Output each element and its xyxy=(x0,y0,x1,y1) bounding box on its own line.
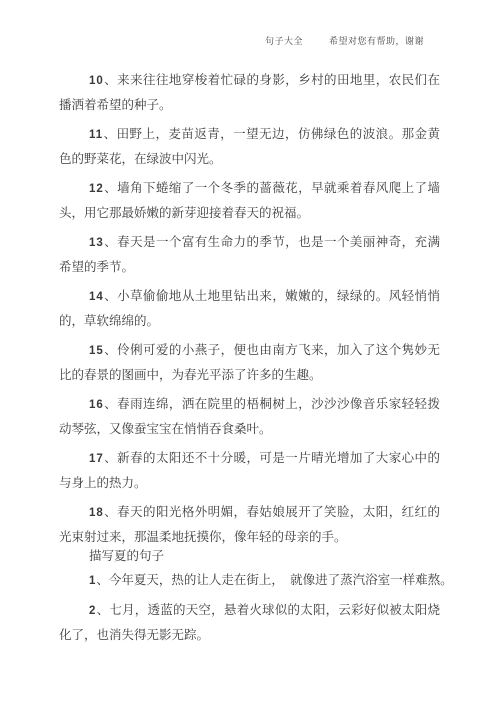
item-number: 16 xyxy=(89,399,104,411)
item-number: 12 xyxy=(89,183,104,195)
item-number-separator: 、 xyxy=(104,289,117,303)
item-number-separator: 、 xyxy=(104,397,117,411)
item-number: 11 xyxy=(89,129,103,141)
item-text: 小草偷偷地从土地里钻出来，嫩嫩的，绿绿的。风轻悄悄的，草软绵绵的。 xyxy=(59,289,440,328)
item-text: 春天是一个富有生命力的季节，也是一个美丽神奇，充满希望的季节。 xyxy=(59,235,440,274)
sentence-item: 18、春天的阳光格外明媚，春姑娘展开了笑脸，太阳，红红的光束射过来，那温柔地抚摸… xyxy=(59,500,440,549)
sentence-item: 2、七月，透蓝的天空，悬着火球似的太阳，云彩好似被太阳烧化了，也消失得无影无踪。 xyxy=(59,598,440,647)
item-text: 今年夏天，热的让人走在街上， 就像进了蒸汽浴室一样难熬。 xyxy=(109,573,453,587)
sentence-item: 1、今年夏天，热的让人走在街上， 就像进了蒸汽浴室一样难熬。 xyxy=(59,568,440,593)
sentence-item: 13、春天是一个富有生命力的季节，也是一个美丽神奇，充满希望的季节。 xyxy=(59,230,440,279)
item-number: 14 xyxy=(89,291,104,303)
item-number-separator: 、 xyxy=(104,451,117,465)
item-text: 伶俐可爱的小燕子，便也由南方飞来，加入了这个隽妙无比的春景的图画中，为春光平添了… xyxy=(59,343,440,382)
item-number-separator: 、 xyxy=(104,181,117,195)
sentence-item: 17、新春的太阳还不十分暖，可是一片晴光增加了大家心中的与身上的热力。 xyxy=(59,446,440,495)
item-number: 15 xyxy=(89,345,104,357)
item-text: 七月，透蓝的天空，悬着火球似的太阳，云彩好似被太阳烧化了，也消失得无影无踪。 xyxy=(59,603,440,642)
item-number: 18 xyxy=(89,507,104,519)
sentence-item: 10、来来往往地穿梭着忙碌的身影，乡村的田地里，农民们在播洒着希望的种子。 xyxy=(59,68,440,117)
item-number-separator: 、 xyxy=(103,127,116,141)
item-number-separator: 、 xyxy=(104,235,117,249)
item-text: 春天的阳光格外明媚，春姑娘展开了笑脸，太阳，红红的光束射过来，那温柔地抚摸你，像… xyxy=(59,505,440,544)
item-number-separator: 、 xyxy=(96,603,109,617)
item-number: 17 xyxy=(89,453,104,465)
site-name: 句子大全 xyxy=(265,34,303,47)
section-heading-text: 描写夏的句子 xyxy=(89,549,164,563)
document-page: 句子大全 希望对您有帮助，谢谢 10、来来往往地穿梭着忙碌的身影，乡村的田地里，… xyxy=(0,0,500,708)
item-text: 墙角下蜷缩了一个冬季的蔷薇花，早就乘着春风爬上了墙头，用它那最娇嫩的新芽迎接着春… xyxy=(59,181,440,220)
sentence-item: 15、伶俐可爱的小燕子，便也由南方飞来，加入了这个隽妙无比的春景的图画中，为春光… xyxy=(59,338,440,387)
item-text: 来来往往地穿梭着忙碌的身影，乡村的田地里，农民们在播洒着希望的种子。 xyxy=(59,73,440,112)
sentence-item: 14、小草偷偷地从土地里钻出来，嫩嫩的，绿绿的。风轻悄悄的，草软绵绵的。 xyxy=(59,284,440,333)
sentence-item: 12、墙角下蜷缩了一个冬季的蔷薇花，早就乘着春风爬上了墙头，用它那最娇嫩的新芽迎… xyxy=(59,176,440,225)
page-header: 句子大全 希望对您有帮助，谢谢 xyxy=(265,34,424,47)
sentence-item: 11、田野上，麦苗返青，一望无边，仿佛绿色的波浪。那金黄色的野菜花，在绿波中闪光… xyxy=(59,122,440,171)
item-number: 13 xyxy=(89,237,104,249)
item-number-separator: 、 xyxy=(104,73,117,87)
item-number-separator: 、 xyxy=(104,343,117,357)
item-number: 10 xyxy=(89,75,104,87)
item-text: 新春的太阳还不十分暖，可是一片晴光增加了大家心中的与身上的热力。 xyxy=(59,451,440,490)
item-number-separator: 、 xyxy=(96,573,109,587)
item-text: 春雨连绵，洒在院里的梧桐树上，沙沙沙像音乐家轻轻拨动琴弦，又像蚕宝宝在悄悄吞食桑… xyxy=(59,397,440,436)
item-number-separator: 、 xyxy=(104,505,117,519)
item-text: 田野上，麦苗返青，一望无边，仿佛绿色的波浪。那金黄色的野菜花，在绿波中闪光。 xyxy=(59,127,440,166)
sentence-item: 16、春雨连绵，洒在院里的梧桐树上，沙沙沙像音乐家轻轻拨动琴弦，又像蚕宝宝在悄悄… xyxy=(59,392,440,441)
sentence-list: 10、来来往往地穿梭着忙碌的身影，乡村的田地里，农民们在播洒着希望的种子。11、… xyxy=(59,68,440,652)
header-tagline: 希望对您有帮助，谢谢 xyxy=(329,34,424,47)
